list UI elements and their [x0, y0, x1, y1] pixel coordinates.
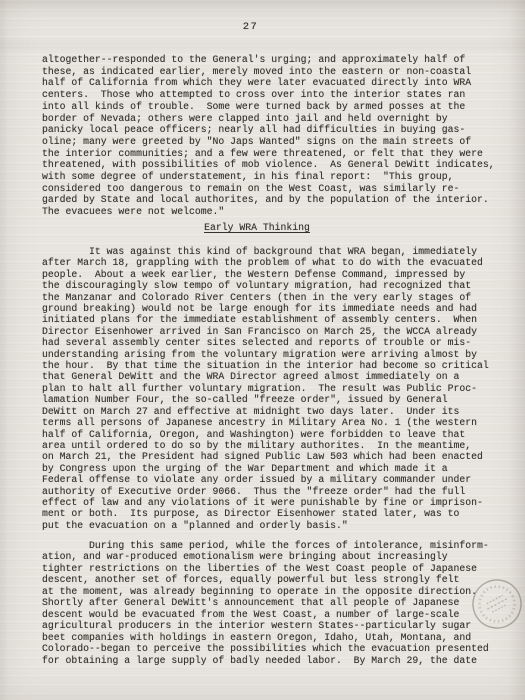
- scanned-page: 27 altogether--responded to the General'…: [0, 0, 525, 700]
- section-heading: Early WRA Thinking: [42, 222, 472, 233]
- paragraph-1: altogether--responded to the General's u…: [42, 54, 495, 218]
- paragraph-3: During this same period, while the force…: [42, 540, 489, 666]
- paragraph-2: It was against this kind of background t…: [42, 246, 489, 531]
- page-number: 27: [0, 21, 513, 33]
- circular-stamp-icon: [466, 569, 525, 643]
